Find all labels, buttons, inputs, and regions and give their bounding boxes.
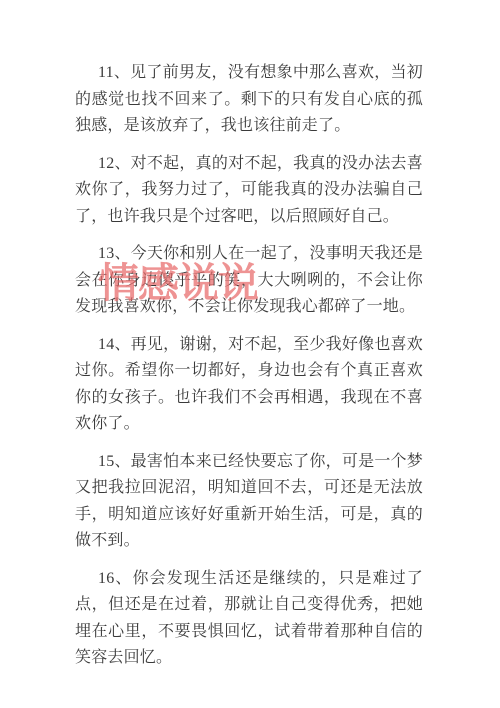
document-page: 11、见了前男友，没有想象中那么喜欢，当初的感觉也找不回来了。剩下的只有发自心底… — [0, 0, 500, 708]
paragraph-13: 13、今天你和别人在一起了，没事明天我还是会在你身边傻乎乎的笑，大大咧咧的，不会… — [75, 241, 423, 321]
paragraph-14: 14、再见，谢谢，对不起，至少我好像也喜欢过你。希望你一切都好，身边也会有个真正… — [75, 332, 423, 438]
paragraph-15: 15、最害怕本来已经快要忘了你，可是一个梦又把我拉回泥沼，明知道回不去，可还是无… — [75, 449, 423, 555]
paragraph-16: 16、你会发现生活还是继续的，只是难过了点，但还是在过着，那就让自己变得优秀，把… — [75, 566, 423, 672]
paragraph-11: 11、见了前男友，没有想象中那么喜欢，当初的感觉也找不回来了。剩下的只有发自心底… — [75, 60, 423, 140]
paragraph-12: 12、对不起，真的对不起，我真的没办法去喜欢你了，我努力过了，可能我真的没办法骗… — [75, 151, 423, 231]
text-block: 11、见了前男友，没有想象中那么喜欢，当初的感觉也找不回来了。剩下的只有发自心底… — [75, 60, 423, 683]
